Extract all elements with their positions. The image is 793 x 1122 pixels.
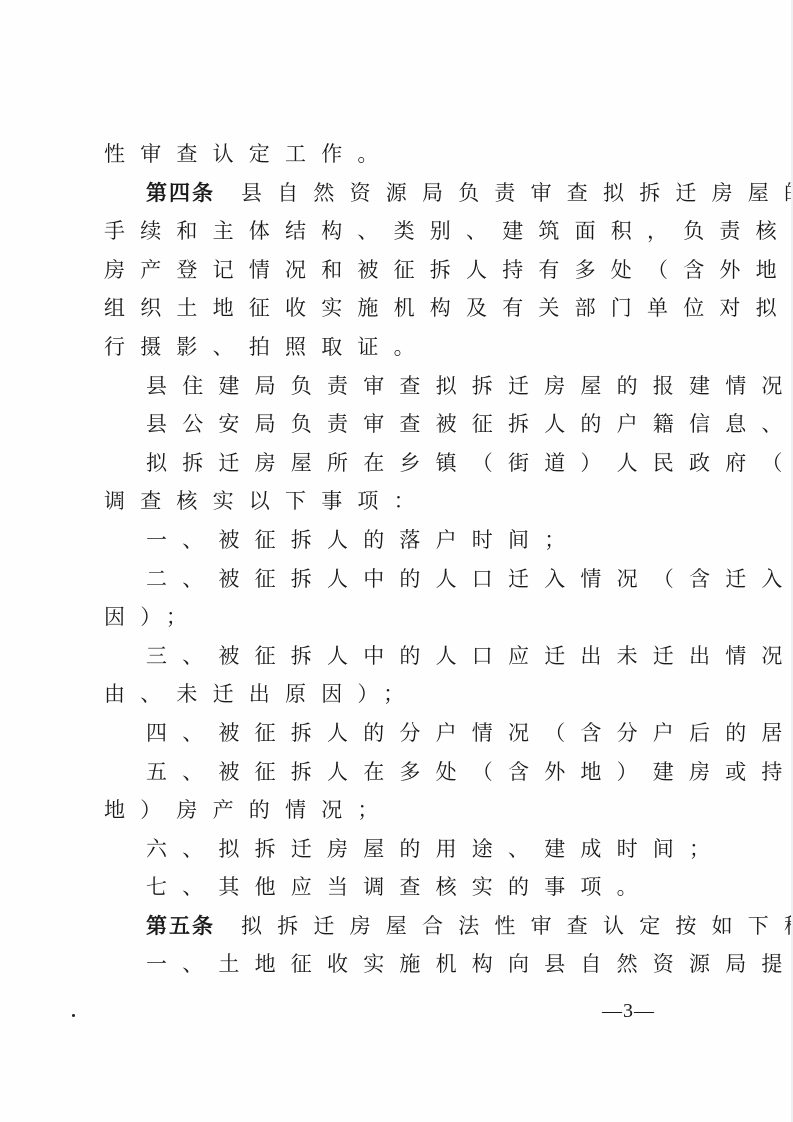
article-heading: 第四条 bbox=[146, 181, 215, 205]
line-text: 县住建局负责审查拟拆迁房屋的报建情况。 bbox=[146, 374, 793, 398]
line-text: 六、拟拆迁房屋的用途、建成时间； bbox=[146, 837, 725, 861]
line-text: 地）房产的情况； bbox=[104, 798, 394, 822]
list-item: 六、拟拆迁房屋的用途、建成时间； bbox=[104, 830, 688, 869]
list-item: 五、被征拆人在多处（含外地）建房或持有多处（含外 bbox=[104, 753, 688, 792]
article-heading: 第五条 bbox=[146, 914, 215, 938]
list-item: 七、其他应当调查核实的事项。 bbox=[104, 868, 688, 907]
line-text: 一、被征拆人的落户时间； bbox=[146, 528, 580, 552]
line-text: 五、被征拆人在多处（含外地）建房或持有多处（含外 bbox=[146, 760, 793, 784]
line-text: 由、未迁出原因）； bbox=[104, 682, 419, 706]
line-text: 三、被征拆人中的人口应迁出未迁出情况（含应迁出理 bbox=[146, 644, 793, 668]
document-page: 性审查认定工作。 第四条县自然资源局负责审查拟拆迁房屋的建房用地 手续和主体结构… bbox=[0, 0, 793, 1122]
text-line: 行摄影、拍照取证。 bbox=[104, 328, 688, 367]
text-line: 房产登记情况和被征拆人持有多处（含外地）房产情况等； bbox=[104, 251, 688, 290]
text-line: 组织土地征收实施机构及有关部门单位对拟拆迁房屋现状进 bbox=[104, 289, 688, 328]
text-line: 手续和主体结构、类别、建筑面积，负责核查拟拆迁房屋的 bbox=[104, 212, 688, 251]
text-line: 性审查认定工作。 bbox=[104, 135, 688, 174]
line-text: 县公安局负责审查被征拆人的户籍信息、迁入时间等。 bbox=[146, 412, 793, 436]
article-4-heading-line: 第四条县自然资源局负责审查拟拆迁房屋的建房用地 bbox=[104, 174, 688, 213]
list-item: 一、被征拆人的落户时间； bbox=[104, 521, 688, 560]
text-line: 拟拆迁房屋所在乡镇（街道）人民政府（办事处）负责 bbox=[104, 444, 688, 483]
text-line: 县住建局负责审查拟拆迁房屋的报建情况。 bbox=[104, 367, 688, 406]
text-line: 县公安局负责审查被征拆人的户籍信息、迁入时间等。 bbox=[104, 405, 688, 444]
line-text: 手续和主体结构、类别、建筑面积，负责核查拟拆迁房屋的 bbox=[104, 219, 793, 243]
line-text: 组织土地征收实施机构及有关部门单位对拟拆迁房屋现状进 bbox=[104, 296, 793, 320]
list-item: 四、被征拆人的分户情况（含分户后的居住情况）； bbox=[104, 714, 688, 753]
line-text: 行摄影、拍照取证。 bbox=[104, 335, 430, 359]
article-5-heading-line: 第五条拟拆迁房屋合法性审查认定按如下程序进行： bbox=[104, 907, 688, 946]
line-text: 拟拆迁房屋合法性审查认定按如下程序进行： bbox=[241, 914, 793, 938]
line-text: 二、被征拆人中的人口迁入情况（含迁入时间、迁入原 bbox=[146, 567, 793, 591]
page-number: —3— bbox=[602, 1000, 655, 1023]
line-text: 调查核实以下事项： bbox=[104, 489, 430, 513]
line-text: 四、被征拆人的分户情况（含分户后的居住情况）； bbox=[146, 721, 793, 745]
list-item: 二、被征拆人中的人口迁入情况（含迁入时间、迁入原 bbox=[104, 560, 688, 599]
line-text: 性审查认定工作。 bbox=[104, 142, 394, 166]
scan-speck bbox=[72, 1014, 75, 1017]
line-text: 县自然资源局负责审查拟拆迁房屋的建房用地 bbox=[241, 181, 793, 205]
text-line: 调查核实以下事项： bbox=[104, 482, 688, 521]
text-line: 由、未迁出原因）； bbox=[104, 675, 688, 714]
line-text: 拟拆迁房屋所在乡镇（街道）人民政府（办事处）负责 bbox=[146, 451, 793, 475]
line-text: 七、其他应当调查核实的事项。 bbox=[146, 875, 653, 899]
line-text: 房产登记情况和被征拆人持有多处（含外地）房产情况等； bbox=[104, 258, 793, 282]
line-text: 因）； bbox=[104, 605, 202, 629]
body-text: 性审查认定工作。 第四条县自然资源局负责审查拟拆迁房屋的建房用地 手续和主体结构… bbox=[104, 135, 688, 984]
list-item: 三、被征拆人中的人口应迁出未迁出情况（含应迁出理 bbox=[104, 637, 688, 676]
list-item: 一、土地征收实施机构向县自然资源局提出拟拆迁房屋 bbox=[104, 945, 688, 984]
text-line: 地）房产的情况； bbox=[104, 791, 688, 830]
line-text: 一、土地征收实施机构向县自然资源局提出拟拆迁房屋 bbox=[146, 952, 793, 976]
text-line: 因）； bbox=[104, 598, 688, 637]
